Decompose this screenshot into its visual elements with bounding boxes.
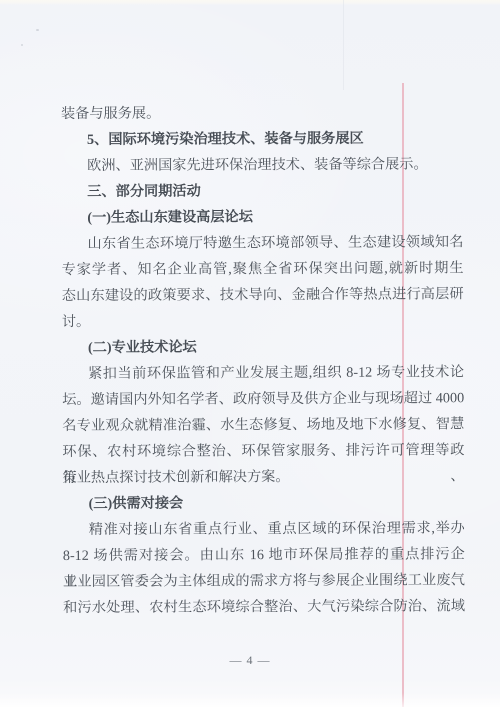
heading-line: 5、国际环境污染治理技术、装备与服务展区 <box>61 125 463 153</box>
text-line: 态山东建设的政策要求、技术导向、金融合作等热点进行高层研 <box>62 281 464 309</box>
scan-top-edge <box>0 0 500 5</box>
document-body: 装备与服务展。5、国际环境污染治理技术、装备与服务展区欧洲、亚洲国家先进环保治理… <box>61 99 465 621</box>
scan-shade-line <box>343 0 344 90</box>
text-line: 和污水处理、农村生态环境综合整治、大气污染综合防治、流域 <box>63 593 465 621</box>
heading-line: (二)专业技术论坛 <box>62 333 464 361</box>
scan-bottom-edge <box>0 693 500 707</box>
heading-line: (一)生态山东建设高层论坛 <box>61 203 463 231</box>
scanned-page: 装备与服务展。5、国际环境污染治理技术、装备与服务展区欧洲、亚洲国家先进环保治理… <box>0 0 500 707</box>
text-line: 紧扣当前环保监管和产业发展主题,组织 8-12 场专业技术论 <box>62 359 464 387</box>
text-line: 讨。 <box>62 307 464 335</box>
scan-speck <box>21 44 23 46</box>
heading-line: 三、部分同期活动 <box>61 177 463 205</box>
text-line: 专家学者、知名企业高管,聚焦全省环保突出问题,就新时期生 <box>62 255 464 283</box>
text-line: 8-12 场供需对接会。由山东 16 地市环保局推荐的重点排污企业、 <box>63 541 465 569</box>
page-number: — 4 — <box>0 652 500 668</box>
text-line: 装备与服务展。 <box>61 99 463 127</box>
text-line: 环保、农村环境综合整治、环保管家服务、排污许可管理等政策、 <box>62 437 464 465</box>
text-line: 山东省生态环境厅特邀生态环境部领导、生态建设领域知名 <box>61 229 463 257</box>
text-line: 名专业观众就精准治霾、水生态修复、场地及地下水修复、智慧 <box>62 411 464 439</box>
text-line: 坛。邀请国内外知名学者、政府领导及供方企业与现场超过 4000 <box>62 385 464 413</box>
scan-speck <box>36 29 39 31</box>
heading-line: (三)供需对接会 <box>63 489 465 517</box>
text-line: 工业园区管委会为主体组成的需求方将与参展企业围绕工业废气 <box>63 567 465 595</box>
text-line: 欧洲、亚洲国家先进环保治理技术、装备等综合展示。 <box>61 151 463 179</box>
text-line: 精准对接山东省重点行业、重点区域的环保治理需求,举办 <box>63 515 465 543</box>
